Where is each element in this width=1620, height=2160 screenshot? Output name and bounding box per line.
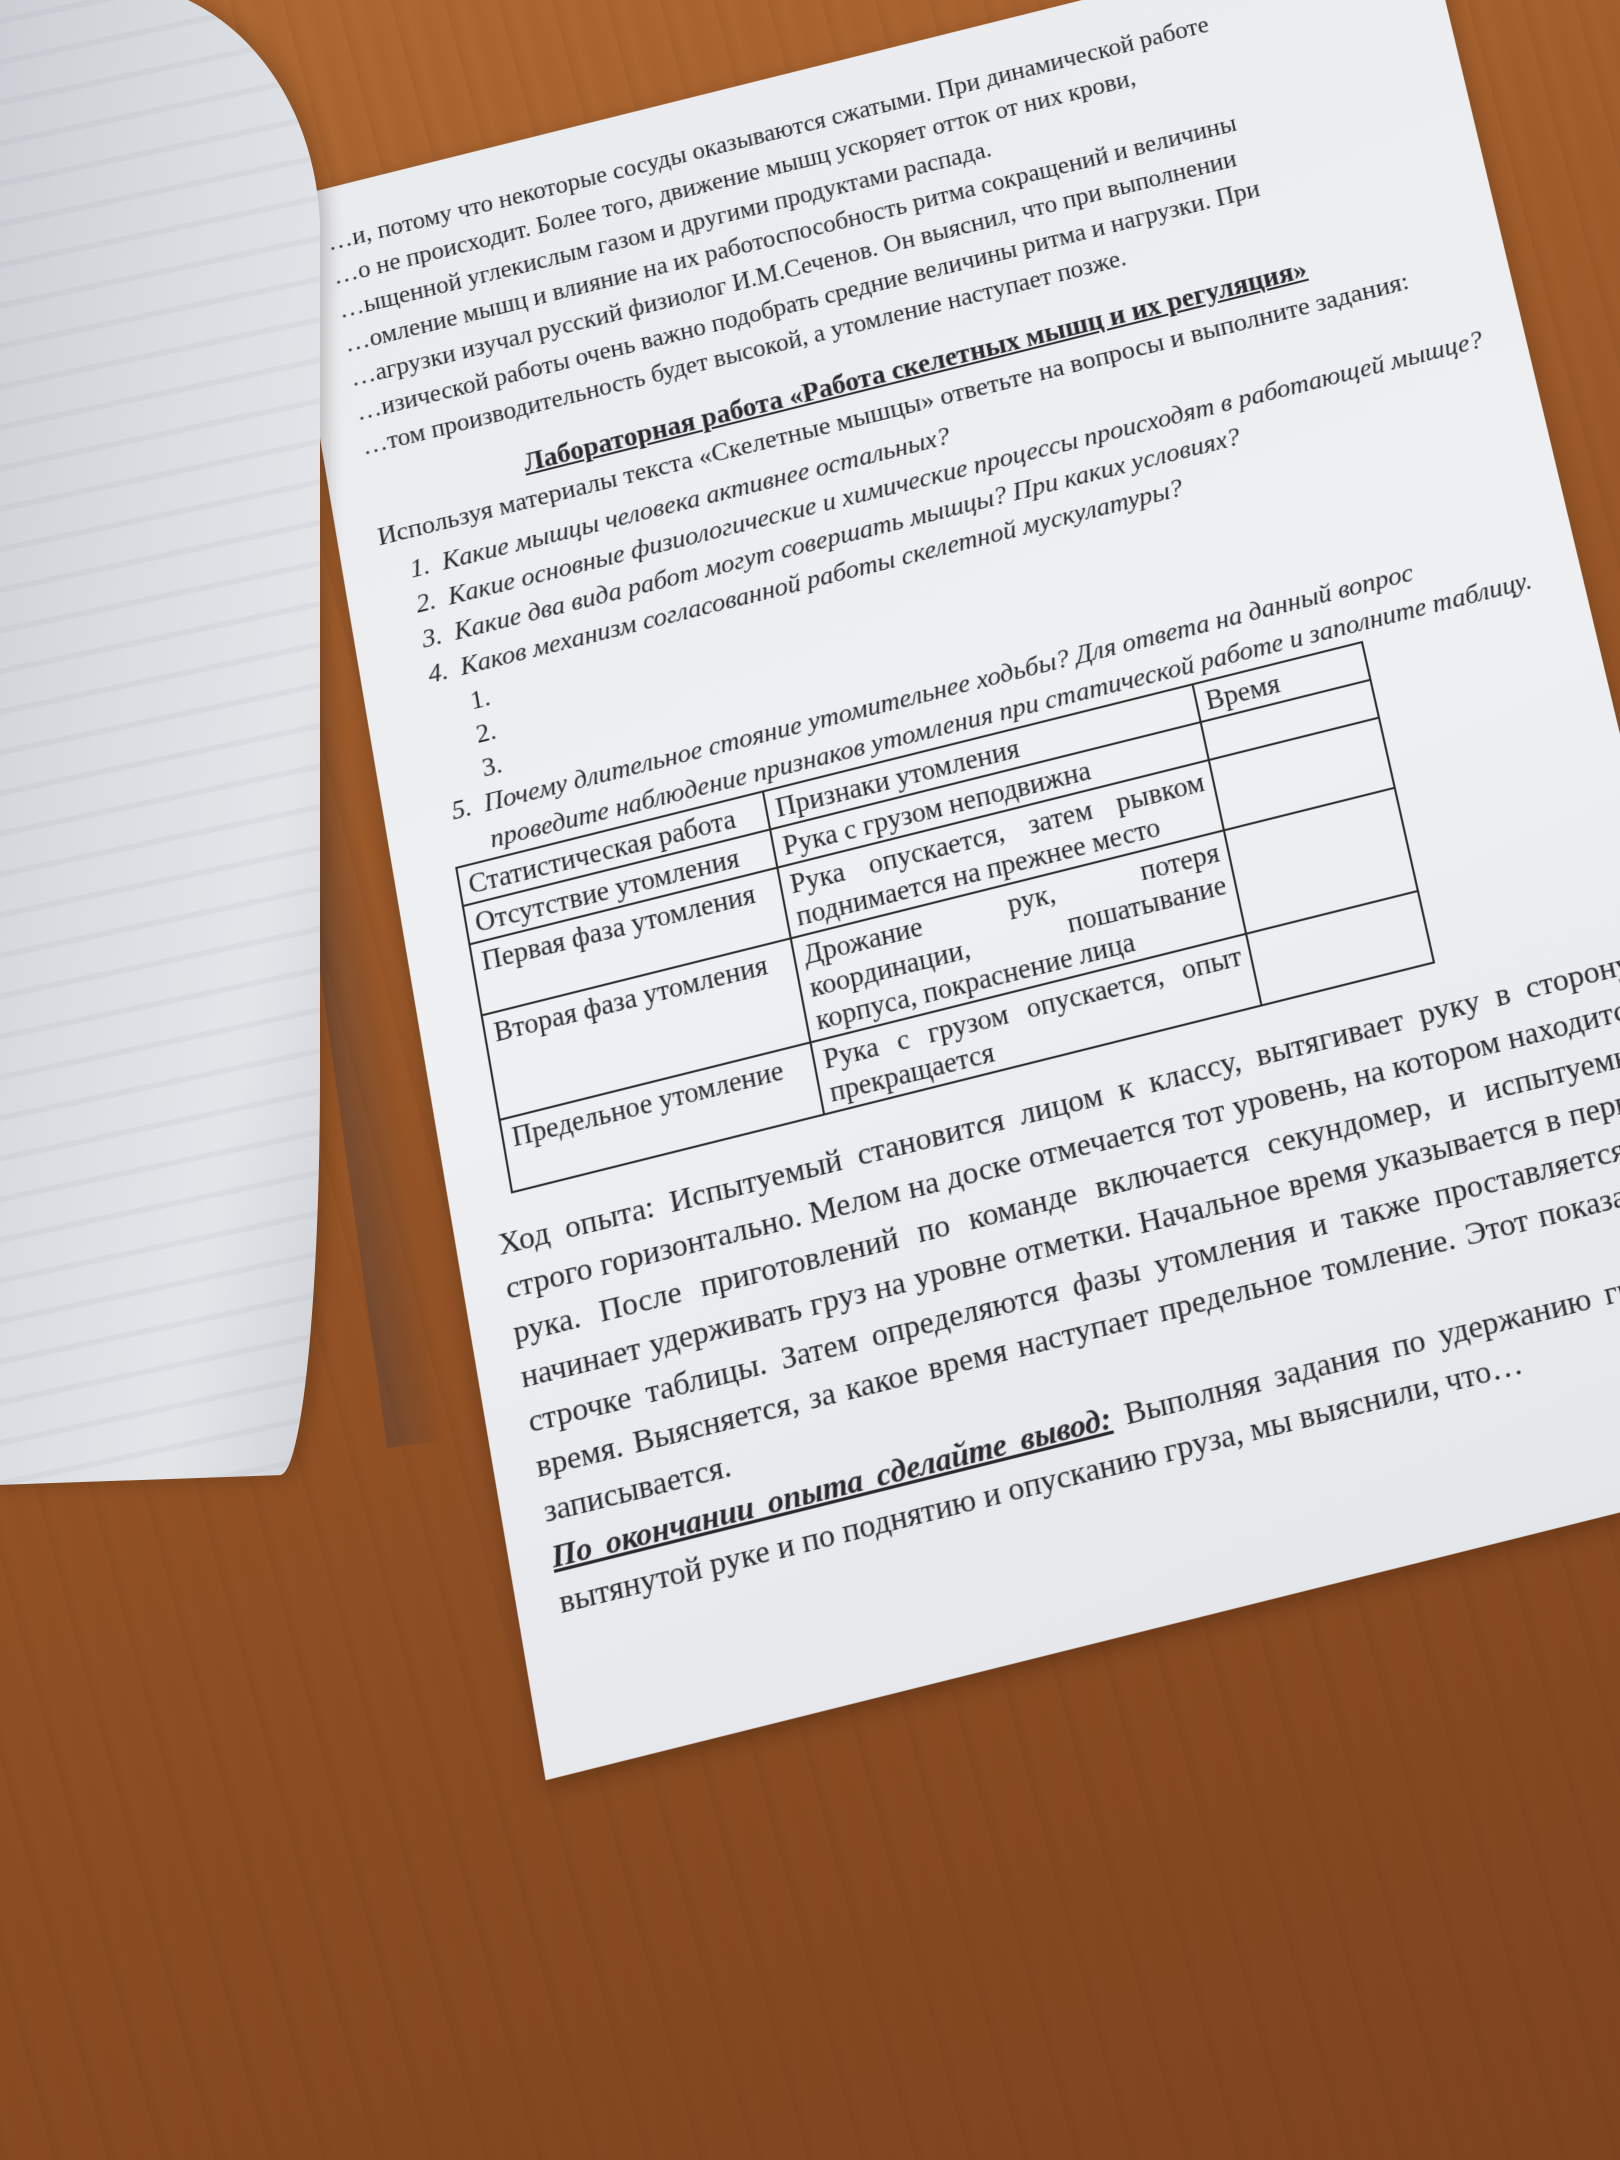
worksheet-page: …и, потому что некоторые сосуды оказываю… (280, 0, 1620, 1780)
curled-left-page (0, 0, 320, 1486)
document-photo: …и, потому что некоторые сосуды оказываю… (200, 40, 1600, 2040)
